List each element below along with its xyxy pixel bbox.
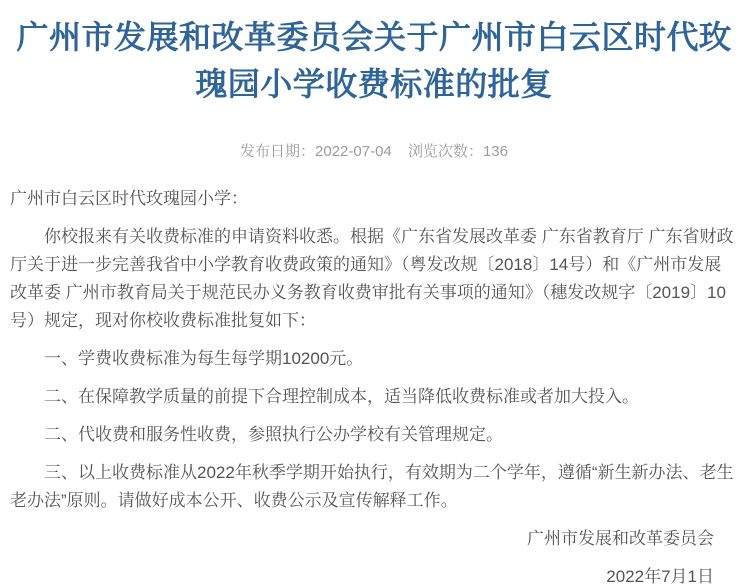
publish-date: 发布日期：2022-07-04 xyxy=(240,143,392,160)
signature-date: 2022年7月1日 xyxy=(10,563,738,588)
paragraph-intro: 你校报来有关收费标准的申请资料收悉。根据《广东省发展改革委 广东省教育厅 广东省… xyxy=(10,223,738,335)
view-count-value: 136 xyxy=(483,143,508,160)
view-count: 浏览次数：136 xyxy=(408,143,508,160)
document-body: 广州市白云区时代玫瑰园小学： 你校报来有关收费标准的申请资料收悉。根据《广东省发… xyxy=(0,185,748,588)
view-count-label: 浏览次数： xyxy=(408,143,483,160)
publish-date-value: 2022-07-04 xyxy=(315,143,392,160)
paragraph-item-3: 二、代收费和服务性收费，参照执行公办学校有关管理规定。 xyxy=(10,421,738,449)
paragraph-item-4: 三、以上收费标准从2022年秋季学期开始执行，有效期为二个学年，遵循“新生新办法… xyxy=(10,459,738,515)
meta-line: 发布日期：2022-07-04 浏览次数：136 xyxy=(0,140,748,161)
page-title: 广州市发展和改革委员会关于广州市白云区时代玫瑰园小学收费标准的批复 xyxy=(8,14,740,108)
paragraph-item-2: 二、在保障教学质量的前提下合理控制成本，适当降低收费标准或者加大投入。 xyxy=(10,383,738,411)
paragraph-item-1: 一、学费收费标准为每生每学期10200元。 xyxy=(10,345,738,373)
document-page: 广州市发展和改革委员会关于广州市白云区时代玫瑰园小学收费标准的批复 发布日期：2… xyxy=(0,0,748,588)
publish-date-label: 发布日期： xyxy=(240,143,315,160)
salutation: 广州市白云区时代玫瑰园小学： xyxy=(10,185,738,213)
signature-agency: 广州市发展和改革委员会 xyxy=(10,525,738,553)
